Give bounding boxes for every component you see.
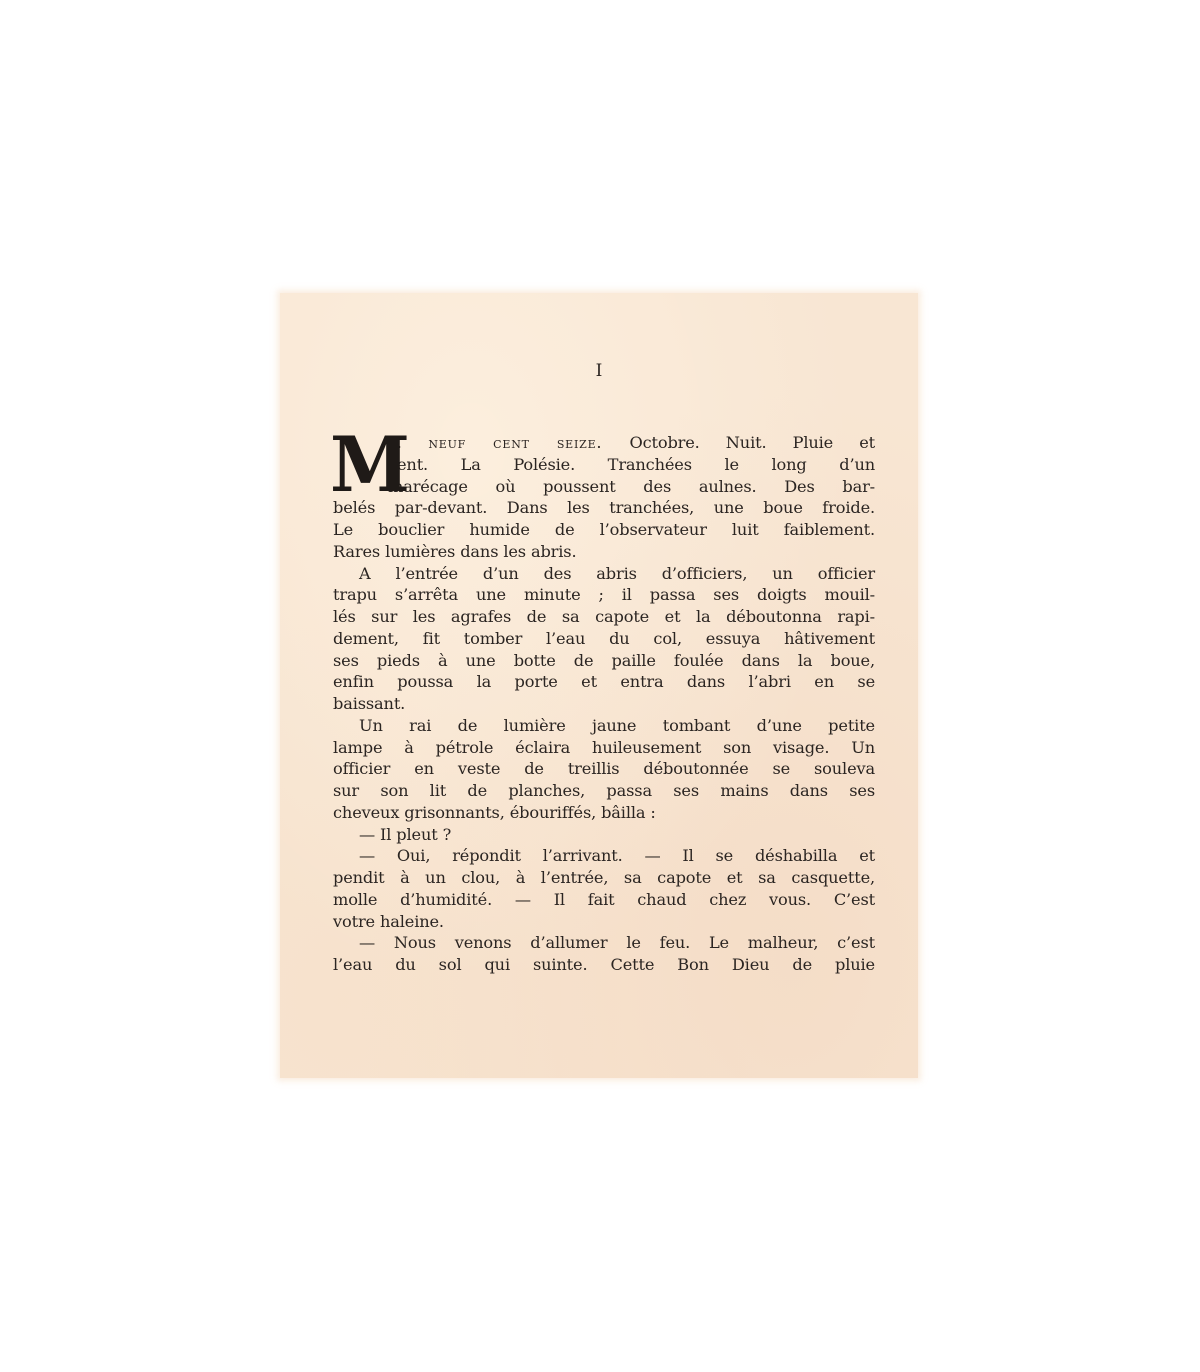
text-line: — Oui, répondit l’arrivant. — Il se désh…	[333, 845, 875, 867]
drop-cap: M	[330, 434, 410, 496]
text-line: lés sur les agrafes de sa capote et la d…	[333, 606, 875, 628]
text-line: lampe à pétrole éclaira huileusement son…	[333, 737, 875, 759]
text-line: Rares lumières dans les abris.	[333, 541, 875, 563]
text-lines: il neuf cent seize. Octobre. Nuit. Pluie…	[333, 432, 875, 976]
text-line: A l’entrée d’un des abris d’officiers, u…	[333, 563, 875, 585]
text-line: enfin poussa la porte et entra dans l’ab…	[333, 671, 875, 693]
text-line: — Il pleut ?	[333, 824, 875, 846]
text-line: belés par-devant. Dans les tranchées, un…	[333, 497, 875, 519]
text-line: — Nous venons d’allumer le feu. Le malhe…	[333, 932, 875, 954]
text-line: l’eau du sol qui suinte. Cette Bon Dieu …	[333, 954, 875, 976]
opening-smallcaps: il neuf cent seize.	[388, 433, 629, 452]
text-line: pendit à un clou, à l’entrée, sa capote …	[333, 867, 875, 889]
chapter-text: M il neuf cent seize. Octobre. Nuit. Plu…	[333, 432, 875, 976]
text-line: molle d’humidité. — Il fait chaud chez v…	[333, 889, 875, 911]
chapter-number: I	[280, 361, 918, 381]
text-line: vent. La Polésie. Tranchées le long d’un	[333, 454, 875, 476]
text-line: baissant.	[333, 693, 875, 715]
text-line: marécage où poussent des aulnes. Des bar…	[333, 476, 875, 498]
book-page: I M il neuf cent seize. Octobre. Nuit. P…	[280, 293, 918, 1078]
text-line: sur son lit de planches, passa ses mains…	[333, 780, 875, 802]
text-line: ses pieds à une botte de paille foulée d…	[333, 650, 875, 672]
text-line: dement, fit tomber l’eau du col, essuya …	[333, 628, 875, 650]
text-line: il neuf cent seize. Octobre. Nuit. Pluie…	[333, 432, 875, 454]
text-line: cheveux grisonnants, ébouriffés, bâilla …	[333, 802, 875, 824]
text-line: officier en veste de treillis déboutonné…	[333, 758, 875, 780]
text-line: trapu s’arrêta une minute ; il passa ses…	[333, 584, 875, 606]
text-line: Un rai de lumière jaune tombant d’une pe…	[333, 715, 875, 737]
text-line: Le bouclier humide de l’observateur luit…	[333, 519, 875, 541]
text-line: votre haleine.	[333, 911, 875, 933]
